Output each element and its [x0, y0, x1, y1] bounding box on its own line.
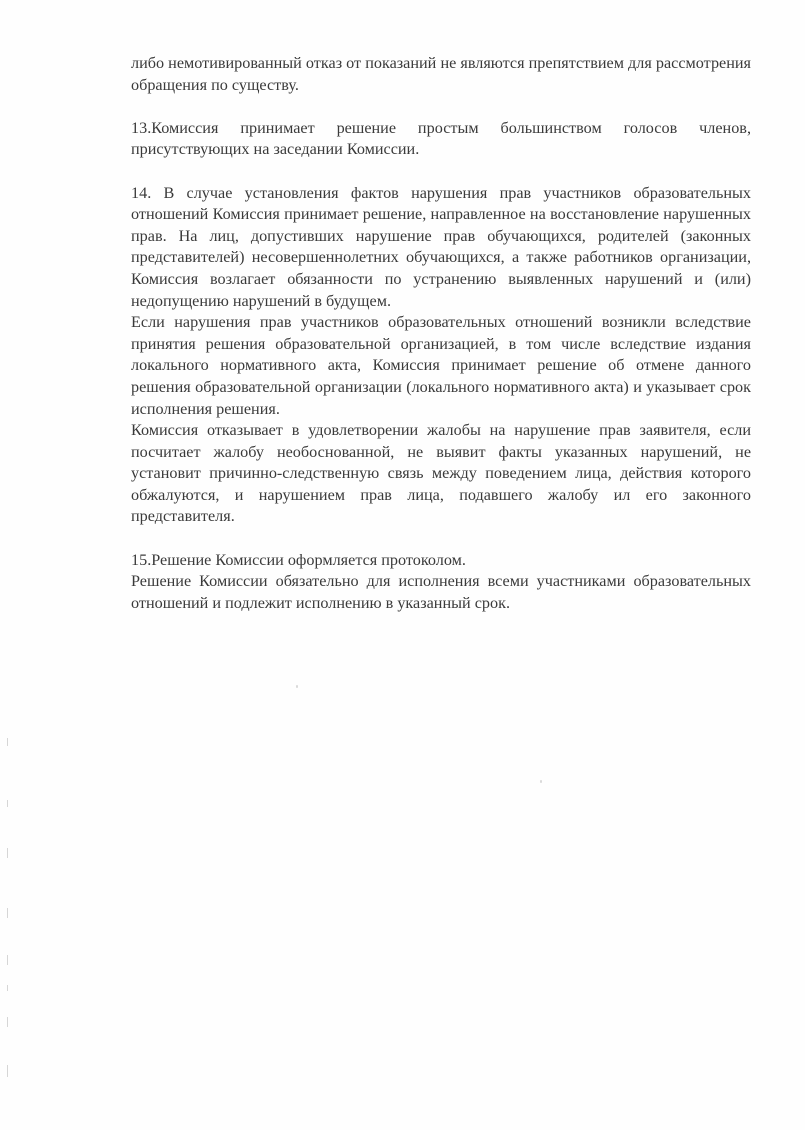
- paragraph-15: 15.Решение Комиссии оформляется протокол…: [131, 550, 751, 572]
- paragraph-15-binding: Решение Комиссии обязательно для исполне…: [131, 571, 751, 614]
- scan-artifact: [7, 738, 8, 746]
- scan-artifact: [7, 1065, 8, 1077]
- paragraph-14: 14. В случае установления фактов нарушен…: [131, 183, 751, 313]
- scan-artifact: [7, 800, 8, 807]
- scan-artifact: [7, 1017, 8, 1027]
- paragraph-14-refusal: Комиссия отказывает в удовлетворении жал…: [131, 420, 751, 528]
- scan-artifact: [7, 908, 8, 918]
- paragraph-gap: [131, 161, 751, 183]
- paragraph-13: 13.Комиссия принимает решение простым бо…: [131, 118, 751, 161]
- scan-artifact: [7, 985, 8, 991]
- scan-speck: [296, 685, 298, 688]
- paragraph-gap: [131, 528, 751, 550]
- scan-artifact: [7, 848, 8, 858]
- scan-speck: [540, 780, 542, 783]
- document-body: либо немотивированный отказ от показаний…: [131, 53, 751, 614]
- paragraph-12-continuation: либо немотивированный отказ от показаний…: [131, 53, 751, 96]
- paragraph-14-rights-violation: Если нарушения прав участников образоват…: [131, 312, 751, 420]
- scan-artifact: [7, 955, 8, 965]
- paragraph-gap: [131, 96, 751, 118]
